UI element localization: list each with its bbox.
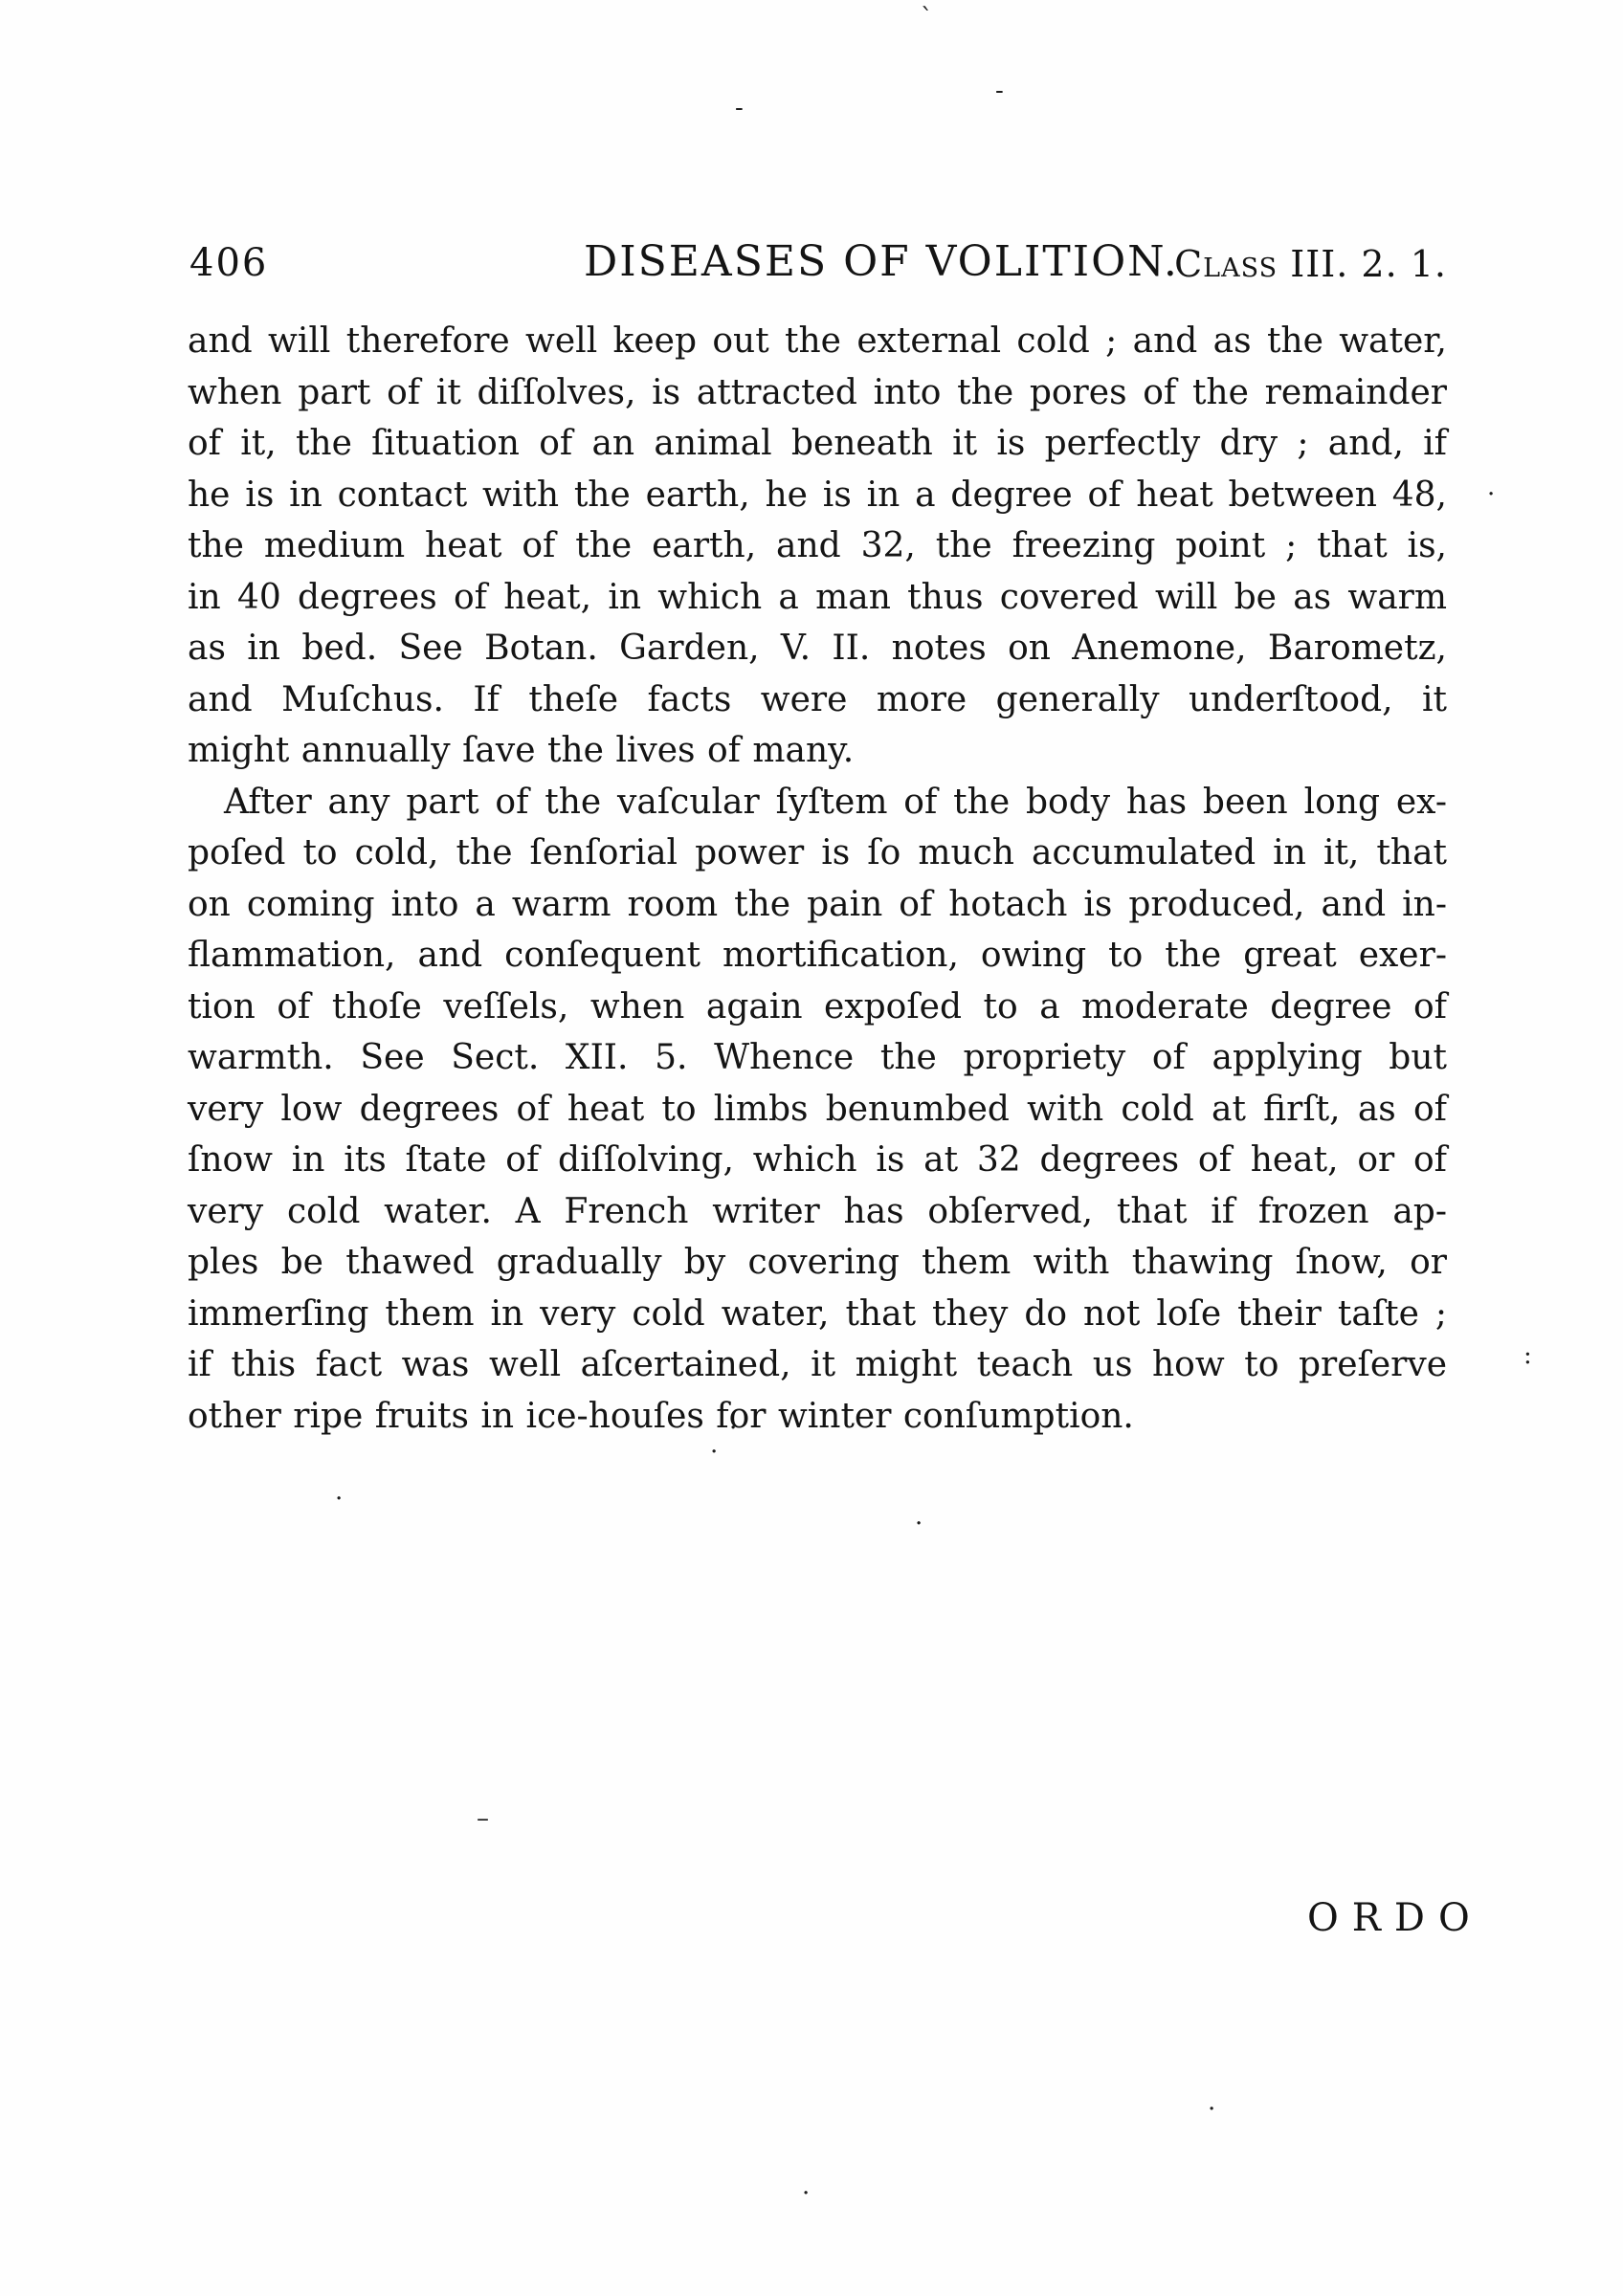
text-line: he is in contact with the earth, he is i…	[188, 470, 1447, 521]
text-line: might annually ſave the lives of many.	[188, 725, 1447, 777]
page-header: 406 DISEASES OF VOLITION. Class III. 2. …	[188, 237, 1447, 291]
paragraph: After any part of the vaſcular ſyſtem of…	[188, 777, 1447, 1443]
text-line: and will therefore well keep out the ext…	[188, 316, 1447, 367]
text-line: ples be thawed gradually by covering the…	[188, 1237, 1447, 1289]
class-section-label: Class III. 2. 1.	[1174, 243, 1447, 285]
page-number: 406	[189, 241, 268, 285]
ink-speck: -	[735, 96, 744, 121]
text-line: and Muſchus. If theſe facts were more ge…	[188, 674, 1447, 726]
ink-speck: –	[477, 1806, 489, 1831]
text-line: tion of thoſe veſſels, when again expoſe…	[188, 982, 1447, 1033]
text-line: immerſing them in very cold water, that …	[188, 1289, 1447, 1340]
text-line: when part of it diſſolves, is attracted …	[188, 367, 1447, 419]
text-line: After any part of the vaſcular ſyſtem of…	[188, 777, 1447, 828]
text-line: of it, the ſituation of an animal beneat…	[188, 418, 1447, 470]
ink-speck: .	[335, 1479, 343, 1504]
scanned-page: 406 DISEASES OF VOLITION. Class III. 2. …	[0, 0, 1623, 2296]
text-line: the medium heat of the earth, and 32, th…	[188, 520, 1447, 572]
catchword: ORDO	[1307, 1896, 1483, 1940]
text-line: very cold water. A French writer has obſ…	[188, 1186, 1447, 1238]
ink-speck: ·	[915, 1512, 923, 1536]
text-line: very low degrees of heat to limbs benumb…	[188, 1084, 1447, 1136]
ink-speck: -	[995, 78, 1004, 103]
ink-speck: :	[1523, 1343, 1532, 1368]
ink-speck: `	[921, 6, 933, 31]
ink-speck: ·	[1487, 482, 1495, 507]
paragraph: and will therefore well keep out the ext…	[188, 316, 1447, 777]
text-line: in 40 degrees of heat, in which a man th…	[188, 572, 1447, 624]
text-line: on coming into a warm room the pain of h…	[188, 879, 1447, 931]
text-line: flammation, and conſequent mortification…	[188, 930, 1447, 982]
text-line: as in bed. See Botan. Garden, V. II. not…	[188, 623, 1447, 674]
ink-speck: ·	[802, 2181, 810, 2206]
text-line: other ripe fruits in ice-houſes for wint…	[188, 1391, 1447, 1443]
page-body: and will therefore well keep out the ext…	[188, 316, 1447, 1442]
running-title: DISEASES OF VOLITION.	[584, 237, 1179, 286]
text-line: warmth. See Sect. XII. 5. Whence the pro…	[188, 1032, 1447, 1084]
ink-speck: .	[1208, 2089, 1215, 2114]
text-line: ſnow in its ſtate of diſſolving, which i…	[188, 1135, 1447, 1186]
text-line: if this fact was well aſcertained, it mi…	[188, 1339, 1447, 1391]
text-line: poſed to cold, the ſenſorial power is ſo…	[188, 828, 1447, 879]
